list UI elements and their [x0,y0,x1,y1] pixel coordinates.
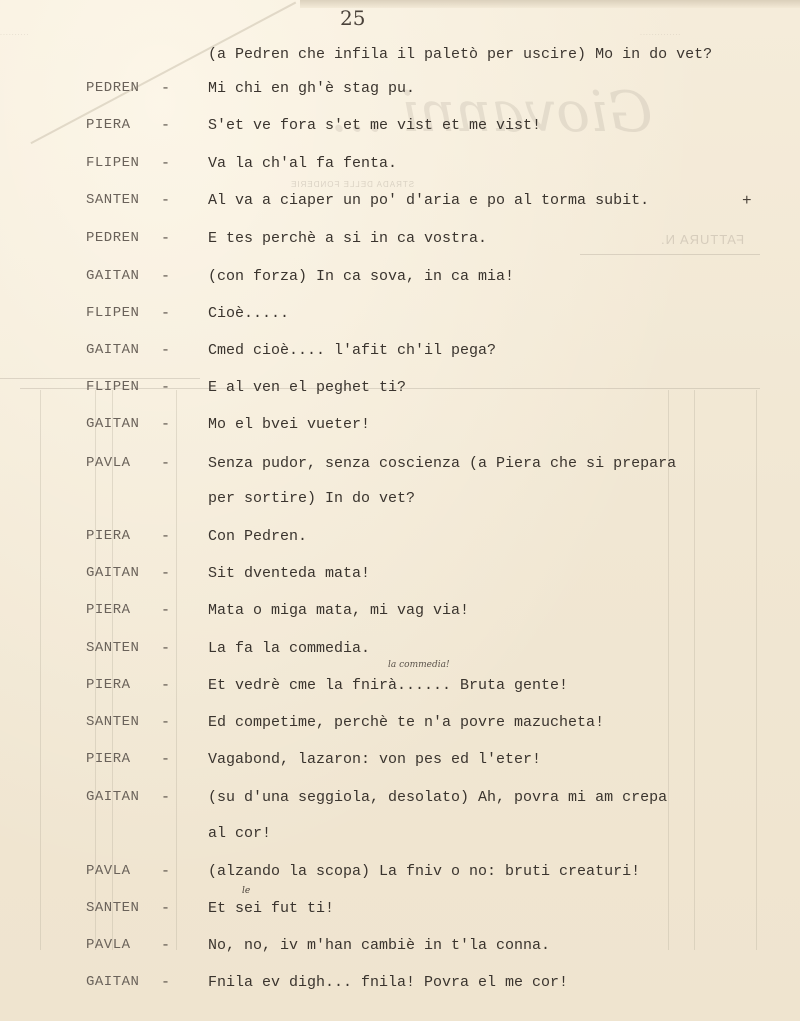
dialogue-line: SANTEN-Ed competime, perchè te n'a povre… [0,714,800,738]
speaker-name: FLIPEN [86,379,139,395]
speech-text: Con Pedren. [208,528,307,545]
speaker-name: PIERA [86,528,131,544]
speaker-dash: - [161,416,170,433]
dialogue-line: GAITAN-(con forza) In ca sova, in ca mia… [0,268,800,292]
speaker-name: PIERA [86,602,131,618]
speaker-dash: - [161,602,170,619]
speech-text: (con forza) In ca sova, in ca mia! [208,268,514,285]
ghost-header-right: .............. [640,30,681,37]
dialogue-line: PAVLA-(alzando la scopa) La fniv o no: b… [0,863,800,887]
speech-text: Cioè..... [208,305,289,322]
speaker-name: PAVLA [86,863,131,879]
speaker-name: GAITAN [86,789,139,805]
speaker-dash: - [161,342,170,359]
ghost-stamp-address: STRADA DELLE FONDERIE [290,180,414,189]
speaker-name: PAVLA [86,455,131,471]
speaker-name: FLIPEN [86,155,139,171]
opening-stage-direction: (a Pedren che infila il paletò per uscir… [208,46,712,63]
page-number: 25 [340,6,365,30]
dialogue-line: PIERA-Con Pedren. [0,528,800,552]
dialogue-line: SANTEN-La fa la commedia. [0,640,800,664]
dialogue-line: GAITAN-(su d'una seggiola, desolato) Ah,… [0,789,800,813]
dialogue-line: FLIPEN-Cioè..... [0,305,800,329]
speaker-dash: - [161,528,170,545]
speaker-name: SANTEN [86,640,139,656]
speaker-name: FLIPEN [86,305,139,321]
speaker-name: PEDREN [86,80,139,96]
speaker-name: SANTEN [86,714,139,730]
speech-text: Senza pudor, senza coscienza (a Piera ch… [208,455,676,472]
speaker-name: GAITAN [86,342,139,358]
speaker-dash: - [161,937,170,954]
speaker-dash: - [161,900,170,917]
ledger-line [580,254,760,255]
handwritten-note: le [242,886,250,896]
dialogue-line: SANTEN-Et sei fut ti! [0,900,800,924]
speech-text: E tes perchè a si in ca vostra. [208,230,487,247]
speaker-name: PAVLA [86,937,131,953]
speech-text: La fa la commedia. [208,640,370,657]
dialogue-line: FLIPEN-Va la ch'al fa fenta. [0,155,800,179]
speaker-name: PEDREN [86,230,139,246]
speech-text: per sortire) In do vet? [208,490,415,507]
speaker-dash: - [161,565,170,582]
speech-text: Va la ch'al fa fenta. [208,155,397,172]
speaker-dash: - [161,80,170,97]
speaker-name: GAITAN [86,974,139,990]
speaker-dash: - [161,974,170,991]
speech-text: Fnila ev digh... fnila! Povra el me cor! [208,974,568,991]
dialogue-line: PAVLA-Senza pudor, senza coscienza (a Pi… [0,455,800,479]
speaker-dash: - [161,751,170,768]
speaker-name: PIERA [86,677,131,693]
speaker-dash: - [161,677,170,694]
dialogue-line-continuation: per sortire) In do vet? [0,490,800,514]
dialogue-line: PIERA-Vagabond, lazaron: von pes ed l'et… [0,751,800,775]
speech-text: E al ven el peghet ti? [208,379,406,396]
speaker-dash: - [161,305,170,322]
dialogue-line: PEDREN-Mi chi en gh'è stag pu. [0,80,800,104]
speaker-dash: - [161,155,170,172]
speech-text: S'et ve fora s'et me vist et me vist! [208,117,541,134]
dialogue-line: PEDREN-E tes perchè a si in ca vostra. [0,230,800,254]
dialogue-line-continuation: al cor! [0,825,800,849]
speaker-name: GAITAN [86,565,139,581]
speech-text: al cor! [208,825,271,842]
speaker-dash: - [161,268,170,285]
ghost-header-left: .......... [0,30,29,37]
speech-text: Et vedrè cme la fnirà...... Bruta gente! [208,677,568,694]
dialogue-line: GAITAN-Mo el bvei vueter! [0,416,800,440]
speaker-name: PIERA [86,751,131,767]
dialogue-line: GAITAN-Fnila ev digh... fnila! Povra el … [0,974,800,998]
speaker-name: PIERA [86,117,131,133]
dialogue-line: PIERA-Et vedrè cme la fnirà...... Bruta … [0,677,800,701]
speaker-name: GAITAN [86,416,139,432]
dialogue-line: GAITAN-Sit dventeda mata! [0,565,800,589]
speaker-dash: - [161,379,170,396]
speaker-dash: - [161,455,170,472]
speaker-dash: - [161,714,170,731]
speech-text: (su d'una seggiola, desolato) Ah, povra … [208,789,667,806]
speaker-dash: - [161,192,170,209]
speech-text: Mo el bvei vueter! [208,416,370,433]
speech-text: No, no, iv m'han cambiè in t'la conna. [208,937,550,954]
dialogue-line: PIERA-Mata o miga mata, mi vag via! [0,602,800,626]
dialogue-line: PIERA-S'et ve fora s'et me vist et me vi… [0,117,800,141]
speaker-dash: - [161,640,170,657]
speech-text: Mi chi en gh'è stag pu. [208,80,415,97]
speech-text: Ed competime, perchè te n'a povre mazuch… [208,714,604,731]
speaker-name: GAITAN [86,268,139,284]
speech-text: Et sei fut ti! [208,900,334,917]
speaker-dash: - [161,230,170,247]
speaker-dash: - [161,863,170,880]
speech-text: Cmed cioè.... l'afit ch'il pega? [208,342,496,359]
speaker-dash: - [161,789,170,806]
speech-text: Mata o miga mata, mi vag via! [208,602,469,619]
dialogue-line: FLIPEN-E al ven el peghet ti? [0,379,800,403]
dialogue-line: PAVLA-No, no, iv m'han cambiè in t'la co… [0,937,800,961]
speaker-name: SANTEN [86,192,139,208]
speaker-dash: - [161,117,170,134]
speaker-name: SANTEN [86,900,139,916]
speech-text: Sit dventeda mata! [208,565,370,582]
dialogue-line: SANTEN-Al va a ciaper un po' d'aria e po… [0,192,800,216]
speech-text: Al va a ciaper un po' d'aria e po al tor… [208,192,649,209]
dialogue-line: GAITAN-Cmed cioè.... l'afit ch'il pega? [0,342,800,366]
speech-text: Vagabond, lazaron: von pes ed l'eter! [208,751,541,768]
speech-text: (alzando la scopa) La fniv o no: bruti c… [208,863,640,880]
page-top-edge [300,0,800,8]
